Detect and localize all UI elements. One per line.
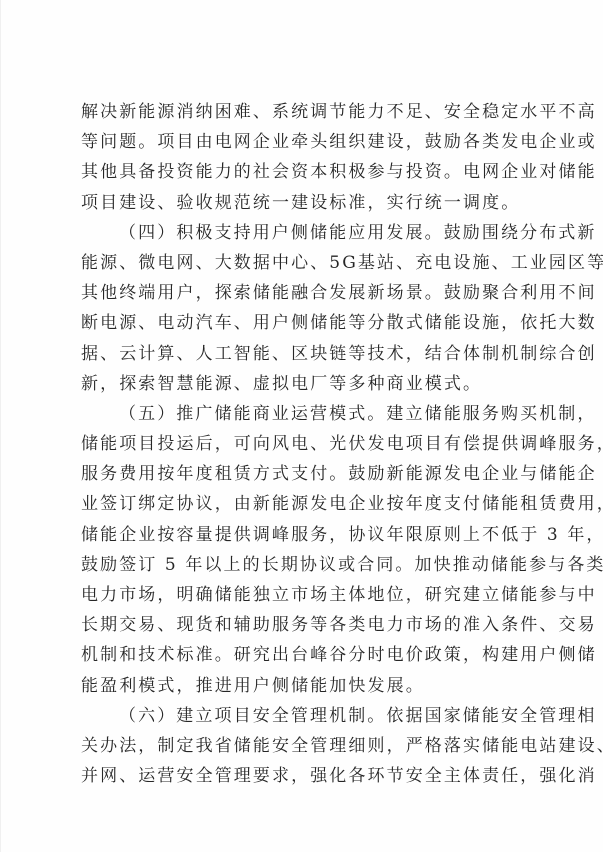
text-line: 机制和技术标准。研究出台峰谷分时电价政策，构建用户侧储 bbox=[81, 640, 523, 670]
text-line: 长期交易、现货和辅助服务等各类电力市场的准入条件、交易 bbox=[81, 610, 523, 640]
text-line: 电力市场，明确储能独立市场主体地位，研究建立储能参与中 bbox=[81, 580, 523, 610]
text-line: 并网、运营安全管理要求，强化各环节安全主体责任，强化消 bbox=[81, 761, 523, 791]
paragraph-section-6: （六）建立项目安全管理机制。依据国家储能安全管理相 关办法，制定我省储能安全管理… bbox=[81, 701, 523, 792]
section-heading-line: （六）建立项目安全管理机制。依据国家储能安全管理相 bbox=[81, 701, 523, 731]
text-line: 据、云计算、人工智能、区块链等技术，结合体制机制综合创 bbox=[81, 339, 523, 369]
text-line: 断电源、电动汽车、用户侧储能等分散式储能设施，依托大数 bbox=[81, 308, 523, 338]
text-line: 其他终端用户，探索储能融合发展新场景。鼓励聚合利用不间 bbox=[81, 278, 523, 308]
paragraph-continued: 解决新能源消纳困难、系统调节能力不足、安全稳定水平不高 等问题。项目由电网企业牵… bbox=[81, 97, 523, 218]
text-line: 项目建设、验收规范统一建设标准，实行统一调度。 bbox=[81, 188, 523, 218]
text-line: 业签订绑定协议，由新能源发电企业按年度支付储能租赁费用， bbox=[81, 489, 523, 519]
section-heading-line: （五）推广储能商业运营模式。建立储能服务购买机制， bbox=[81, 399, 523, 429]
text-line: 解决新能源消纳困难、系统调节能力不足、安全稳定水平不高 bbox=[81, 97, 523, 127]
text-line: 能源、微电网、大数据中心、5G基站、充电设施、工业园区等 bbox=[81, 248, 523, 278]
paragraph-section-5: （五）推广储能商业运营模式。建立储能服务购买机制， 储能项目投运后，可向风电、光… bbox=[81, 399, 523, 701]
text-line: 新，探索智慧能源、虚拟电厂等多种商业模式。 bbox=[81, 369, 523, 399]
paragraph-section-4: （四）积极支持用户侧储能应用发展。鼓励围绕分布式新 能源、微电网、大数据中心、5… bbox=[81, 218, 523, 399]
text-line: 储能企业按容量提供调峰服务，协议年限原则上不低于 3 年， bbox=[81, 520, 523, 550]
text-line: 等问题。项目由电网企业牵头组织建设，鼓励各类发电企业或 bbox=[81, 127, 523, 157]
text-line: 其他具备投资能力的社会资本积极参与投资。电网企业对储能 bbox=[81, 157, 523, 187]
section-heading-line: （四）积极支持用户侧储能应用发展。鼓励围绕分布式新 bbox=[81, 218, 523, 248]
text-line: 储能项目投运后，可向风电、光伏发电项目有偿提供调峰服务， bbox=[81, 429, 523, 459]
text-line: 能盈利模式，推进用户侧储能加快发展。 bbox=[81, 671, 523, 701]
document-page: 解决新能源消纳困难、系统调节能力不足、安全稳定水平不高 等问题。项目由电网企业牵… bbox=[0, 0, 603, 852]
text-line: 服务费用按年度租赁方式支付。鼓励新能源发电企业与储能企 bbox=[81, 459, 523, 489]
document-body: 解决新能源消纳困难、系统调节能力不足、安全稳定水平不高 等问题。项目由电网企业牵… bbox=[81, 97, 523, 791]
text-line: 关办法，制定我省储能安全管理细则，严格落实储能电站建设、 bbox=[81, 731, 523, 761]
text-line: 鼓励签订 5 年以上的长期协议或合同。加快推动储能参与各类 bbox=[81, 550, 523, 580]
